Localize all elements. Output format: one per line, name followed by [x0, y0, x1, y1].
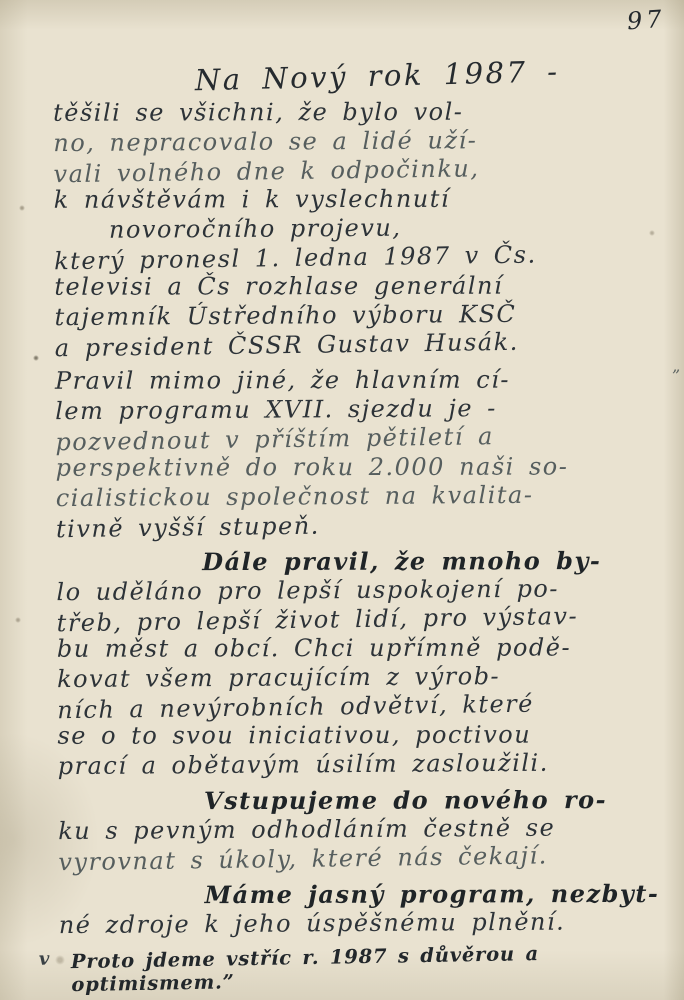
- page-number: 97: [627, 5, 667, 36]
- text-line: né zdroje k jeho úspěšnému plnění.: [59, 907, 671, 940]
- text-line: Pravil mimo jiné, že hlavním cí-: [55, 365, 667, 396]
- paragraph-3: Dále pravil, že mnoho by- lo uděláno pro…: [56, 545, 670, 781]
- paragraph-5: Máme jasný program, nezbyt- né zdroje k …: [58, 878, 670, 940]
- chronicle-page: 97 ” Na Nový rok 1987 - těšili se všichn…: [0, 0, 684, 1000]
- paragraph-2: Pravil mimo jiné, že hlavním cí- lem pro…: [55, 364, 668, 542]
- text-line: k návštěvám i k vyslechnutí: [54, 184, 666, 215]
- handwritten-text-block: Na Nový rok 1987 - těšili se všichni, že…: [53, 56, 671, 993]
- check-mark-icon: v: [39, 949, 51, 970]
- margin-quote-mark: ”: [672, 366, 680, 385]
- text-line: Proto jdeme vstříc r. 1987 s důvěrou a o…: [71, 942, 539, 996]
- paragraph-4: Vstupujeme do nového ro- ku s pevným odh…: [58, 784, 671, 875]
- text-line: Vstupujeme do nového ro-: [204, 785, 670, 815]
- text-line: bu měst a obcí. Chci upřímně podě-: [57, 633, 669, 664]
- text-line: se o to svou iniciativou, poctivou: [57, 720, 669, 751]
- text-line: perspektivně do roku 2.000 naši so-: [56, 452, 668, 483]
- text-line: Máme jasný program, nezbyt-: [205, 879, 671, 909]
- text-line: Dále pravil, že mnoho by-: [202, 546, 668, 576]
- closing-line: vProto jdeme vstříc r. 1987 s důvěrou a …: [71, 940, 672, 996]
- text-line: prací a obětavým úsilím zasloužili.: [58, 748, 670, 781]
- text-line: televisi a Čs rozhlase generální: [54, 271, 666, 302]
- entry-title: Na Nový rok 1987 -: [195, 52, 666, 97]
- paragraph-1: těšili se všichni, že bylo vol- no, nepr…: [53, 96, 667, 361]
- text-line: těšili se všichni, že bylo vol-: [53, 97, 665, 128]
